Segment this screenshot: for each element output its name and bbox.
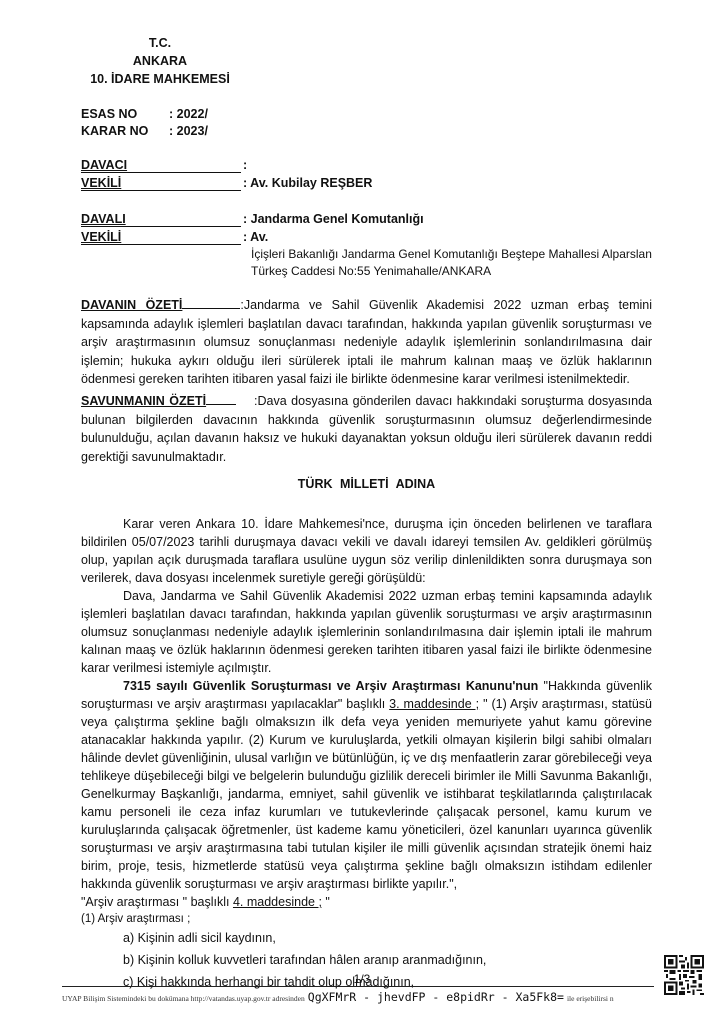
court-name: 10. İDARE MAHKEMESİ (80, 70, 240, 88)
footer-verification: UYAP Bilişim Sistemindeki bu dokümana ht… (62, 990, 614, 1004)
article-4-paragraph: "Arşiv araştırması " başlıklı 4. maddesi… (81, 893, 652, 911)
defendant-label: DAVALI (81, 211, 241, 227)
address-line-2: Türkeş Caddesi No:55 Yenimahalle/ANKARA (251, 263, 652, 280)
footer-divider (62, 986, 654, 987)
city-label: ANKARA (80, 52, 240, 70)
qr-code-icon (664, 955, 704, 995)
article-4-ref: 4. maddesinde ; (233, 895, 322, 909)
decision-title: TÜRK MİLLETİ ADINA (81, 477, 652, 491)
parties-block: DAVACI : VEKİLİ : Av. Kubilay REŞBER DAV… (81, 156, 424, 246)
case-summary-label: DAVANIN ÖZETİ (81, 298, 182, 312)
plaintiff-attorney-label: VEKİLİ (81, 175, 241, 191)
case-numbers: ESAS NO : 2022/ KARAR NO : 2023/ (81, 106, 208, 140)
case-summary: DAVANIN ÖZETİ:Jandarma ve Sahil Güvenlik… (81, 296, 652, 389)
hearing-paragraph: Karar veren Ankara 10. İdare Mahkemesi'n… (81, 515, 652, 587)
defendant-attorney-value: : Av. (241, 228, 268, 246)
defendant-row: DAVALI : Jandarma Genel Komutanlığı (81, 210, 424, 228)
country-label: T.C. (80, 34, 240, 52)
esas-no-label: ESAS NO (81, 106, 169, 123)
case-paragraph: Dava, Jandarma ve Sahil Güvenlik Akademi… (81, 587, 652, 677)
footer-suffix: ile erişebilirsi n (567, 994, 614, 1003)
list-intro: (1) Arşiv araştırması ; (81, 911, 652, 927)
article-3-ref: 3. maddesinde ; (389, 697, 479, 711)
plaintiff-row: DAVACI : (81, 156, 424, 174)
law-title: 7315 sayılı Güvenlik Soruşturması ve Arş… (123, 679, 538, 693)
defendant-attorney-label: VEKİLİ (81, 229, 241, 245)
footer-prefix: UYAP Bilişim Sistemindeki bu dokümana ht… (62, 994, 305, 1003)
list-item: a) Kişinin adli sicil kaydının, (123, 927, 652, 949)
defense-summary-label: SAVUNMANIN ÖZETİ (81, 394, 206, 408)
esas-no-value: : 2022/ (169, 106, 208, 123)
page-number: 1/3 (0, 972, 724, 986)
address-line-1: İçişleri Bakanlığı Jandarma Genel Komuta… (251, 246, 652, 263)
defendant-attorney-row: VEKİLİ : Av. (81, 228, 424, 246)
defendant-value: : Jandarma Genel Komutanlığı (241, 210, 424, 228)
court-header: T.C. ANKARA 10. İDARE MAHKEMESİ (80, 34, 240, 88)
karar-no-label: KARAR NO (81, 123, 169, 140)
plaintiff-label: DAVACI (81, 157, 241, 173)
court-decision-page: T.C. ANKARA 10. İDARE MAHKEMESİ ESAS NO … (0, 0, 724, 1024)
plaintiff-attorney-row: VEKİLİ : Av. Kubilay REŞBER (81, 174, 424, 192)
plaintiff-value: : (241, 156, 247, 174)
decision-body: Karar veren Ankara 10. İdare Mahkemesi'n… (81, 515, 652, 993)
verification-code: QgXFMrR - jhevdFP - e8pidRr - Xa5Fk8= (305, 990, 567, 1004)
defense-summary: SAVUNMANIN ÖZETİ :Dava dosyasına gönderi… (81, 392, 652, 466)
plaintiff-attorney-value: : Av. Kubilay REŞBER (241, 174, 372, 192)
defendant-address: İçişleri Bakanlığı Jandarma Genel Komuta… (251, 246, 652, 280)
karar-no-value: : 2023/ (169, 123, 208, 140)
list-item: b) Kişinin kolluk kuvvetleri tarafından … (123, 949, 652, 971)
law-paragraph: 7315 sayılı Güvenlik Soruşturması ve Arş… (81, 677, 652, 893)
